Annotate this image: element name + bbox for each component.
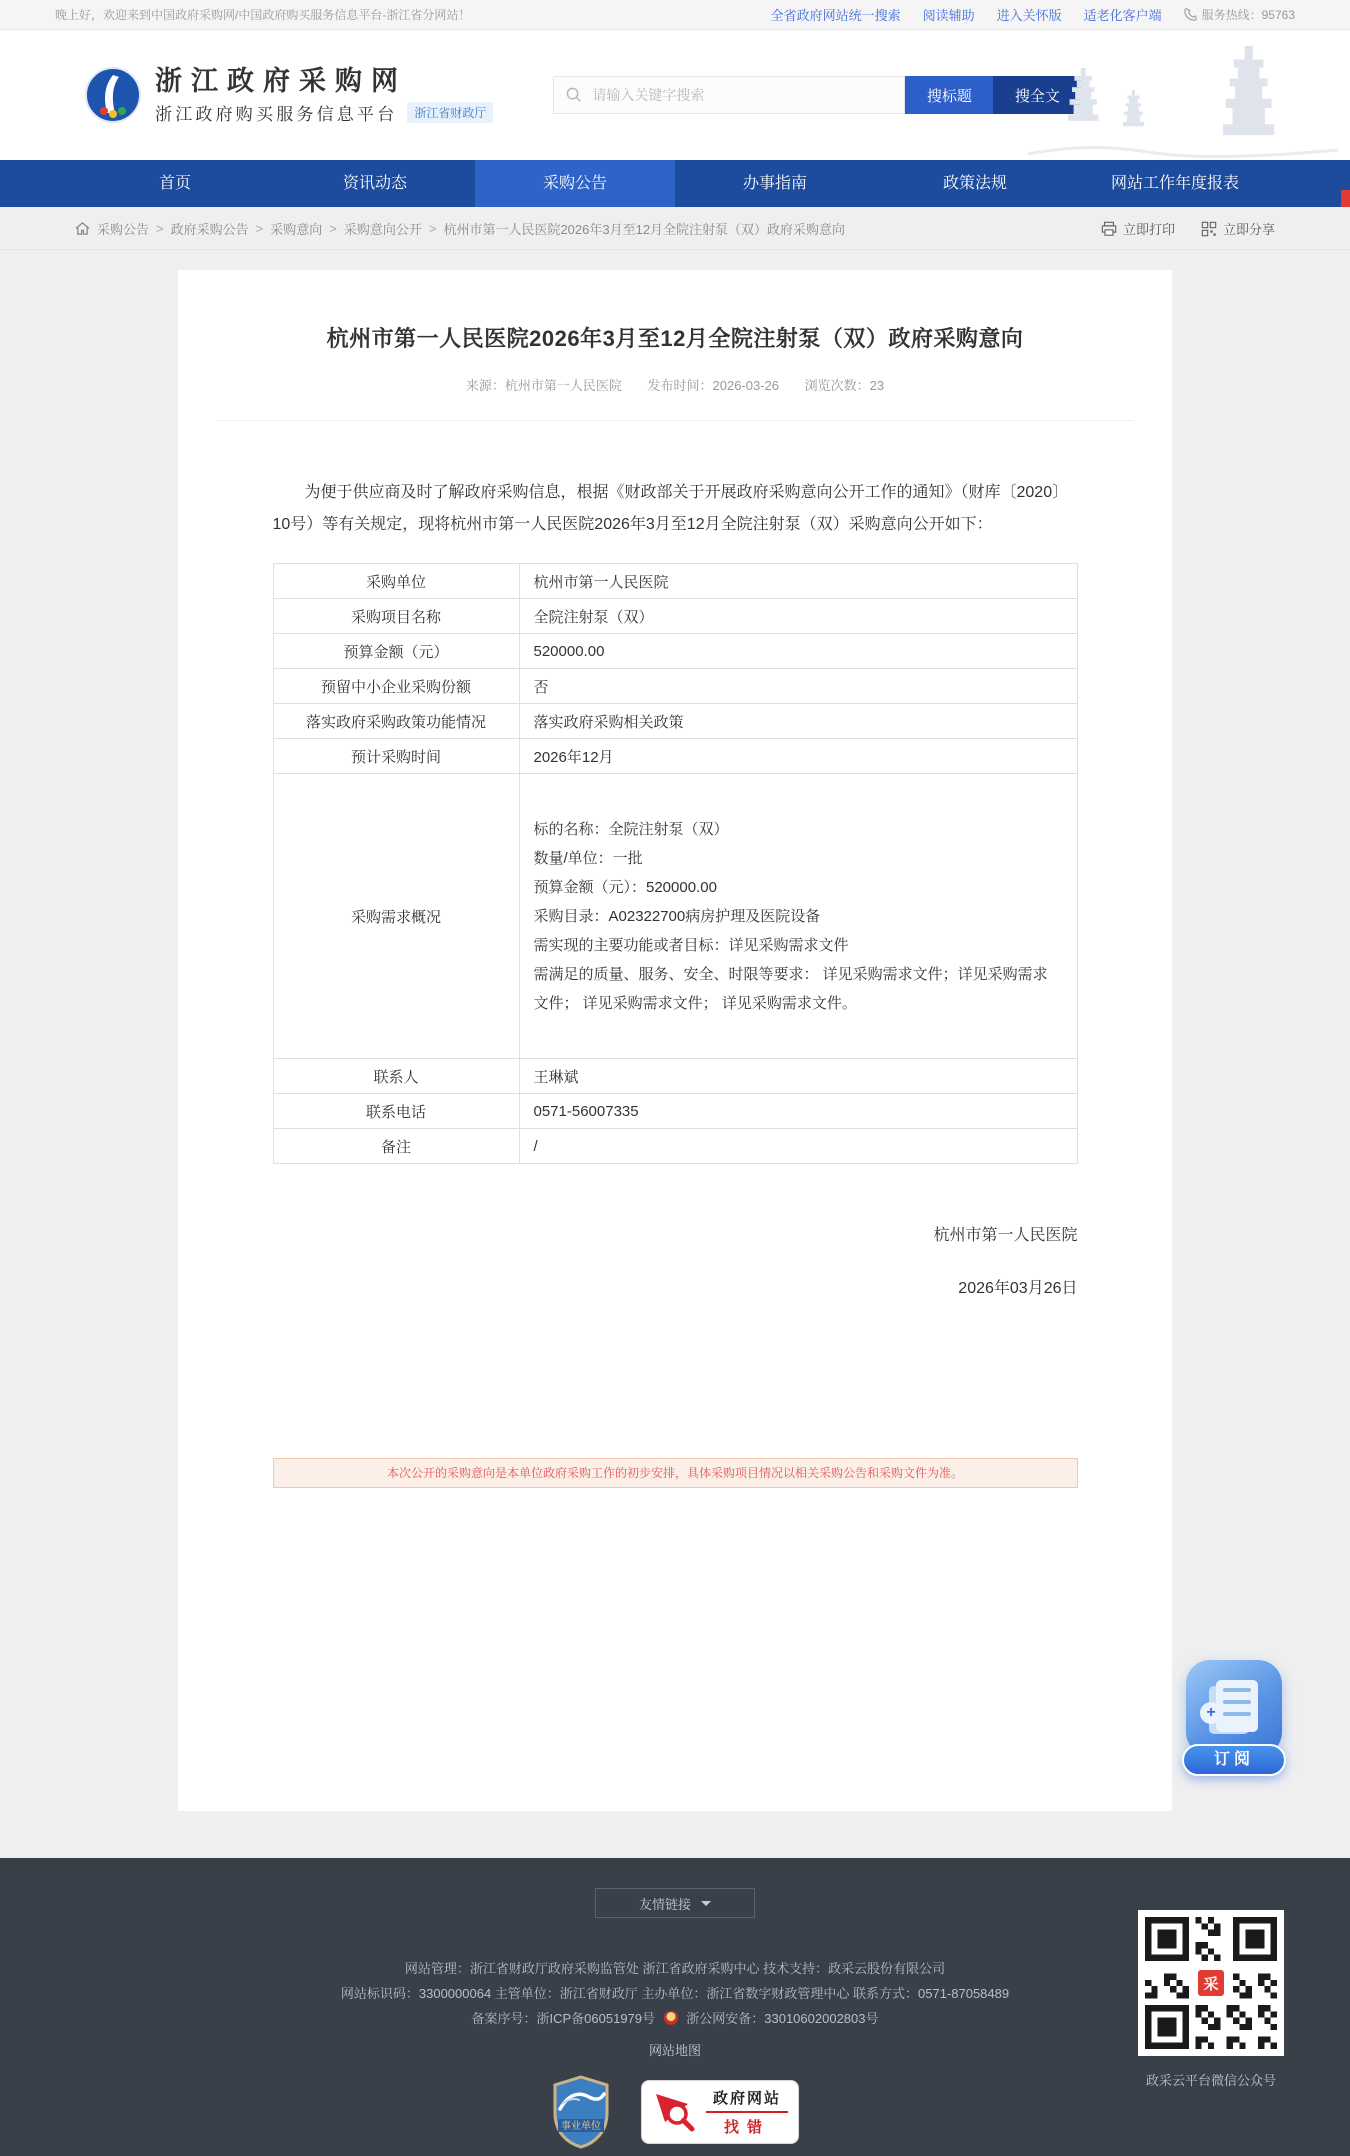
procurement-info-table: 采购单位 杭州市第一人民医院 采购项目名称 全院注射泵（双） 预算金额（元） 5… (273, 563, 1078, 1164)
service-hotline: 服务热线：95763 (1184, 6, 1295, 23)
care-version-link[interactable]: 进入关怀版 (997, 5, 1062, 24)
top-utility-bar: 晚上好，欢迎来到中国政府采购网/中国政府购买服务信息平台-浙江省分网站！ 全省政… (0, 0, 1350, 30)
public-institution-shield-badge[interactable]: 事业单位 (551, 2075, 611, 2149)
error-badge-action: 找错 (706, 2116, 788, 2137)
print-button[interactable]: 立即打印 (1101, 219, 1175, 238)
wechat-qr-block: 采 政采云平台微信公众号 (1138, 1910, 1284, 2089)
search-icon (565, 86, 582, 103)
unified-search-link[interactable]: 全省政府网站统一搜索 (771, 5, 901, 24)
nav-item-news[interactable]: 资讯动态 (275, 160, 475, 207)
table-row: 采购项目名称 全院注射泵（双） (273, 599, 1077, 634)
elderly-client-link[interactable]: 适老化客户端 (1084, 5, 1162, 24)
site-header: 浙江政府采购网 浙江政府购买服务信息平台 浙江省财政厅 搜标题 搜全文 (0, 30, 1350, 160)
search-input[interactable] (553, 76, 905, 114)
crumb-procurement-notices[interactable]: 采购公告 (97, 219, 149, 238)
subscribe-button[interactable]: 订阅 (1182, 1744, 1286, 1776)
footer: 友情链接 网站管理：浙江省财政厅政府采购监管处 浙江省政府采购中心 技术支持：政… (0, 1858, 1350, 2156)
welcome-text: 晚上好，欢迎来到中国政府采购网/中国政府购买服务信息平台-浙江省分网站！ (55, 6, 470, 23)
error-badge-title: 政府网站 (706, 2087, 788, 2113)
meta-publish-time: 发布时间：2026-03-26 (648, 378, 780, 393)
crumb-intentions[interactable]: 采购意向 (270, 219, 322, 238)
article-meta: 来源：杭州市第一人民医院 发布时间：2026-03-26 浏览次数：23 (178, 375, 1172, 394)
qr-center-logo: 采 (1196, 1968, 1226, 1998)
table-row: 落实政府采购政策功能情况 落实政府采购相关政策 (273, 704, 1077, 739)
main-nav: 首页 资讯动态 采购公告 办事指南 政策法规 网站工作年度报表 (0, 160, 1350, 207)
nav-item-procurement-notices[interactable]: 采购公告 (475, 160, 675, 207)
crumb-gov-procurement-notices[interactable]: 政府采购公告 (171, 219, 249, 238)
phone-icon (1184, 8, 1197, 21)
table-row: 预留中小企业采购份额 否 (273, 669, 1077, 704)
search-bar: 搜标题 搜全文 (553, 76, 1081, 114)
friendly-links-dropdown[interactable]: 友情链接 (595, 1888, 755, 1918)
crumb-current-page: 杭州市第一人民医院2026年3月至12月全院注射泵（双）政府采购意向 (443, 219, 845, 238)
search-fulltext-button[interactable]: 搜全文 (993, 76, 1081, 114)
table-row: 预计采购时间 2026年12月 (273, 739, 1077, 774)
reading-aid-link[interactable]: 阅读辅助 (923, 5, 975, 24)
table-row: 备注 / (273, 1129, 1077, 1164)
crumb-intentions-public[interactable]: 采购意向公开 (344, 219, 422, 238)
table-row-demand: 采购需求概况 标的名称：全院注射泵（双） 数量/单位：一批 预算金额（元）：52… (273, 774, 1077, 1059)
disclaimer-notice: 本次公开的采购意向是本单位政府采购工作的初步安排，具体采购项目情况以相关采购公告… (273, 1458, 1078, 1488)
site-name: 浙江政府采购网 (155, 66, 493, 96)
meta-divider (216, 420, 1134, 421)
meta-view-count: 浏览次数：23 (805, 378, 884, 393)
nav-item-policy[interactable]: 政策法规 (875, 160, 1075, 207)
site-subtitle: 浙江政府购买服务信息平台 (155, 100, 397, 125)
article-card: 杭州市第一人民医院2026年3月至12月全院注射泵（双）政府采购意向 来源：杭州… (178, 270, 1172, 1811)
svg-text:事业单位: 事业单位 (561, 2119, 601, 2132)
table-row: 联系电话 0571-56007335 (273, 1094, 1077, 1129)
share-icon (1201, 221, 1217, 237)
table-row: 预算金额（元） 520000.00 (273, 634, 1077, 669)
meta-source: 来源：杭州市第一人民医院 (466, 378, 622, 393)
article-title: 杭州市第一人民医院2026年3月至12月全院注射泵（双）政府采购意向 (178, 270, 1172, 353)
signoff-org: 杭州市第一人民医院 (273, 1222, 1078, 1245)
demand-overview: 标的名称：全院注射泵（双） 数量/单位：一批 预算金额（元）：520000.00… (534, 815, 1063, 1018)
site-logo[interactable]: 浙江政府采购网 浙江政府购买服务信息平台 浙江省财政厅 (85, 66, 493, 125)
public-security-badge-icon (664, 2011, 678, 2025)
nav-item-annual-report[interactable]: 网站工作年度报表 (1075, 160, 1275, 207)
qr-code: 采 (1138, 1910, 1284, 2056)
error-finder-icon (652, 2089, 698, 2135)
qr-caption: 政采云平台微信公众号 (1138, 2070, 1284, 2089)
gov-site-error-report-badge[interactable]: 政府网站 找错 (641, 2080, 799, 2144)
subscribe-icon[interactable]: + (1186, 1660, 1282, 1756)
logo-emblem-icon (85, 67, 141, 123)
signoff-date: 2026年03月26日 (273, 1275, 1078, 1298)
nav-right-red-tab (1341, 190, 1350, 207)
nav-item-home[interactable]: 首页 (75, 160, 275, 207)
signoff: 杭州市第一人民医院 2026年03月26日 (273, 1222, 1078, 1298)
home-icon[interactable] (75, 221, 90, 236)
share-button[interactable]: 立即分享 (1201, 219, 1275, 238)
plus-icon: + (1200, 1702, 1222, 1724)
table-row: 联系人 王琳斌 (273, 1059, 1077, 1094)
icp-record-link[interactable]: 备案序号：浙ICP备06051979号 (472, 2011, 656, 2026)
article-intro: 为便于供应商及时了解政府采购信息，根据《财政部关于开展政府采购意向公开工作的通知… (273, 477, 1078, 541)
public-security-record-link[interactable]: 浙公网安备：33010602002803号 (686, 2011, 878, 2026)
sitemap-link[interactable]: 网站地图 (649, 2040, 701, 2059)
breadcrumb: 采购公告> 政府采购公告> 采购意向> 采购意向公开> 杭州市第一人民医院202… (75, 219, 845, 238)
table-row: 采购单位 杭州市第一人民医院 (273, 564, 1077, 599)
subscribe-widget: + 订阅 (1172, 1660, 1296, 1776)
finance-dept-badge: 浙江省财政厅 (407, 102, 493, 123)
nav-item-guide[interactable]: 办事指南 (675, 160, 875, 207)
breadcrumb-bar: 采购公告> 政府采购公告> 采购意向> 采购意向公开> 杭州市第一人民医院202… (0, 207, 1350, 250)
search-title-button[interactable]: 搜标题 (905, 76, 993, 114)
print-icon (1101, 221, 1117, 237)
chevron-down-icon (701, 1901, 711, 1906)
